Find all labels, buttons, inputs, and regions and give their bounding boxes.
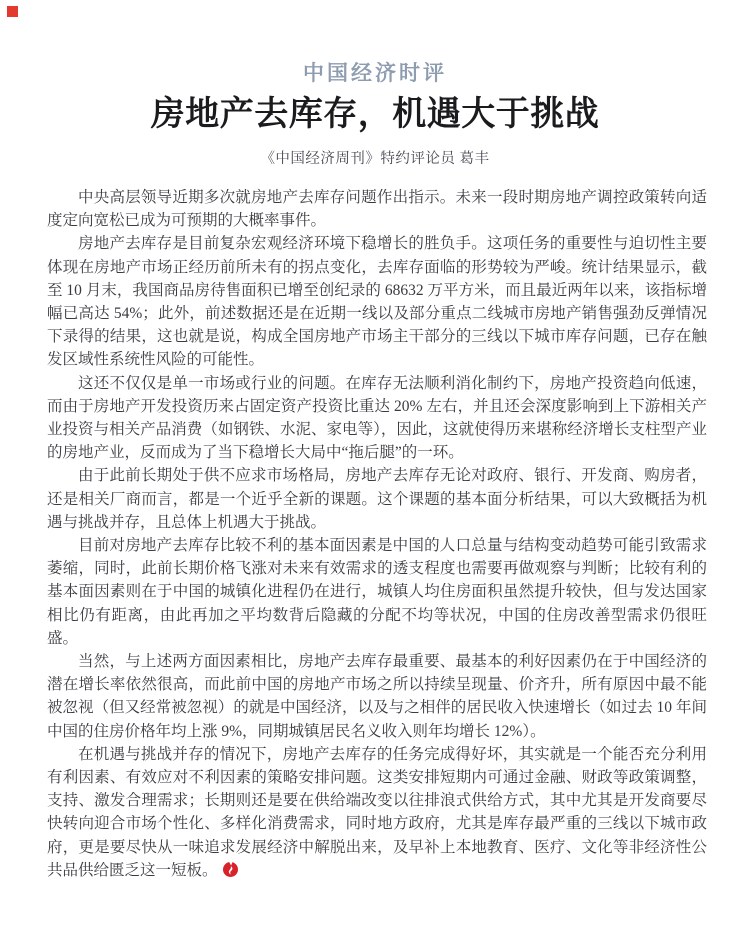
magazine-page: { "masthead": { "section_label": "中国经济时评… <box>0 0 750 938</box>
paragraph-3: 这还不仅仅是单一市场或行业的问题。在库存无法顺利消化制约下，房地产投资趋向低速，… <box>47 372 707 465</box>
red-square-icon <box>7 6 18 17</box>
paragraph-7-text: 在机遇与挑战并存的情况下，房地产去库存的任务完成得好坏，其实就是一个能否充分利用… <box>47 746 707 879</box>
paragraph-5: 目前对房地产去库存比较不利的基本面因素是中国的人口总量与结构变动趋势可能引致需求… <box>47 534 707 650</box>
section-label: 中国经济时评 <box>0 57 750 87</box>
byline: 《中国经济周刊》特约评论员 葛丰 <box>0 147 750 168</box>
paragraph-7: 在机遇与挑战并存的情况下，房地产去库存的任务完成得好坏，其实就是一个能否充分利用… <box>47 743 707 882</box>
paragraph-4: 由于此前长期处于供不应求市场格局，房地产去库存无论对政府、银行、开发商、购房者，… <box>47 464 707 534</box>
page-title: 房地产去库存，机遇大于挑战 <box>0 86 750 135</box>
end-of-article-icon <box>223 862 238 877</box>
article-body: 中央高层领导近期多次就房地产去库存问题作出指示。未来一段时期房地产调控政策转向适… <box>47 186 707 882</box>
paragraph-1: 中央高层领导近期多次就房地产去库存问题作出指示。未来一段时期房地产调控政策转向适… <box>47 186 707 232</box>
paragraph-6: 当然，与上述两方面因素相比，房地产去库存最重要、最基本的利好因素仍在于中国经济的… <box>47 650 707 743</box>
paragraph-2: 房地产去库存是目前复杂宏观经济环境下稳增长的胜负手。这项任务的重要性与迫切性主要… <box>47 232 707 371</box>
